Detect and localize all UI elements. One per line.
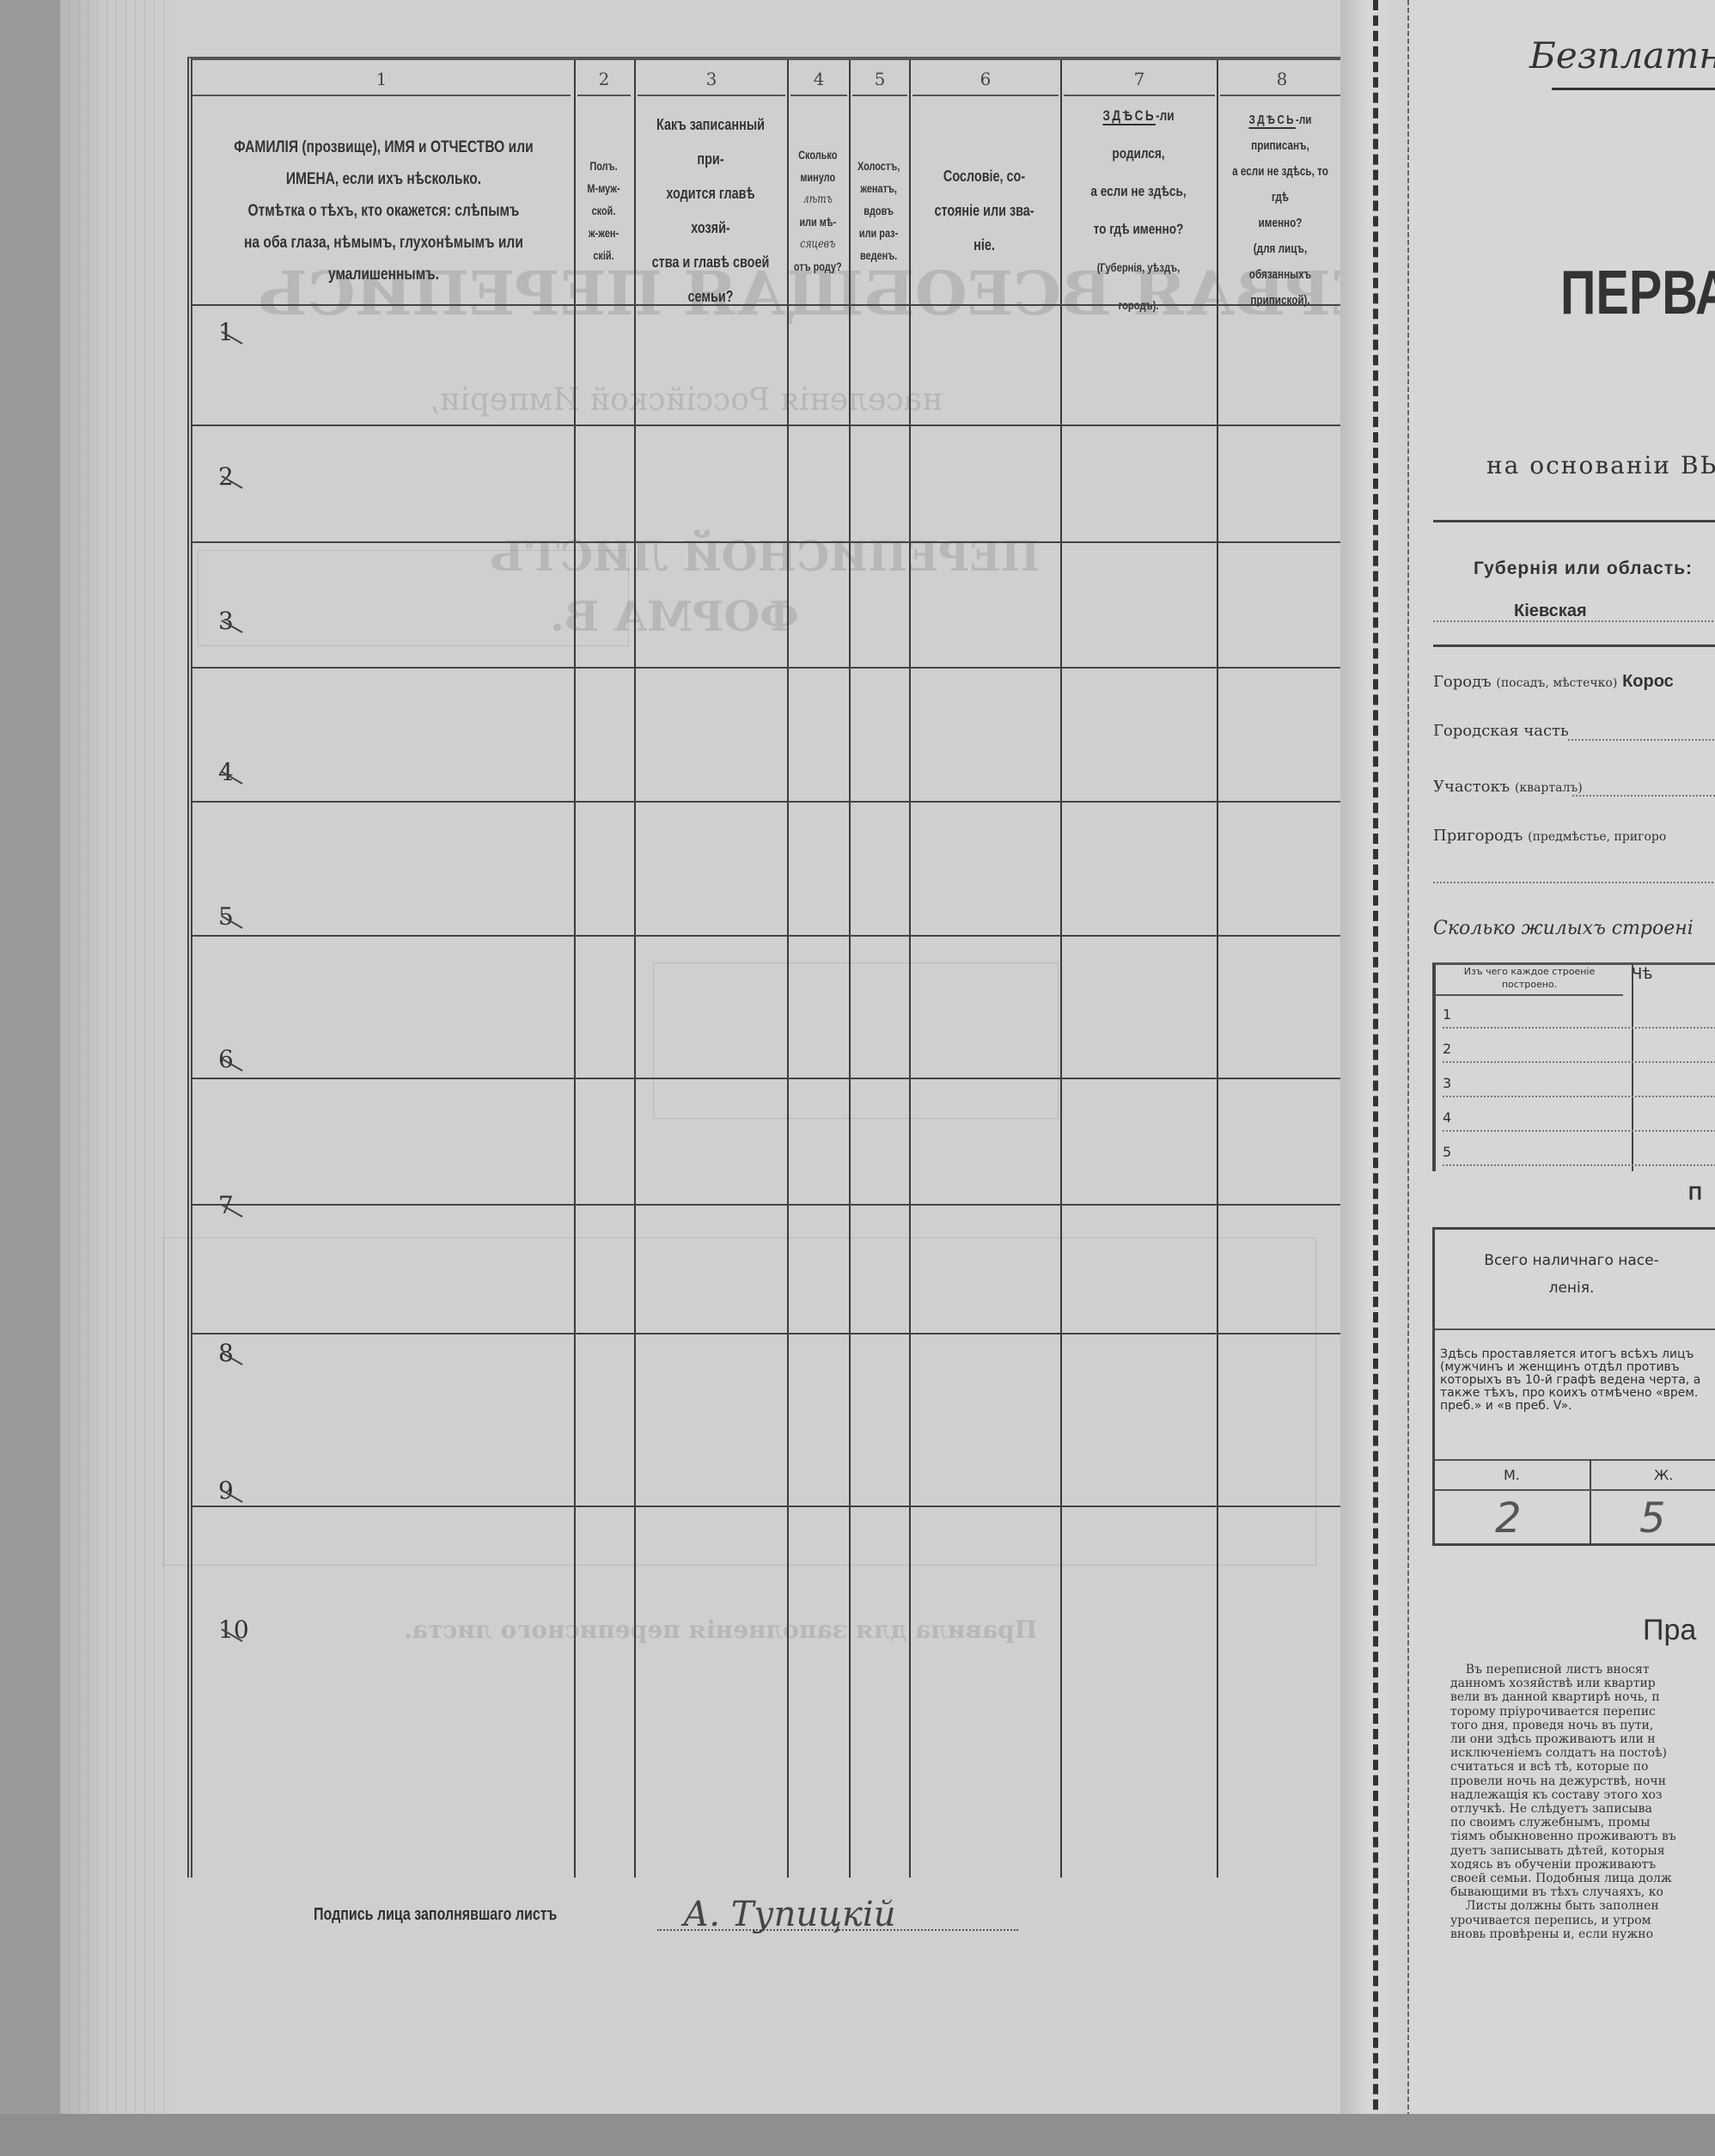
population-table: Всего наличнаго насе- ленія. Здѣсь прост… (1432, 1227, 1715, 1546)
population-note: Здѣсь проставляется итогъ всѣхъ лицъ (му… (1440, 1348, 1715, 1413)
province-value: Кіевская (1514, 602, 1587, 621)
column-number-row: 1 2 3 4 5 6 7 8 (192, 64, 1344, 98)
row-number: 1 (218, 318, 234, 346)
column-number-7: 7 (1064, 64, 1215, 96)
female-count: 5 (1639, 1494, 1666, 1542)
column-number-1: 1 (192, 64, 571, 96)
signature-value: А. Тупицкій (683, 1895, 895, 1934)
right-page: Безплатно. ПЕРВА на основаніи ВЫ Губерні… (1409, 0, 1715, 2156)
row-number: 4 (218, 758, 234, 786)
buildings-table: Изъ чего каждое строеніе построено. Чѣ 1… (1432, 962, 1715, 1171)
buildings-header-material: Изъ чего каждое строеніе построено. (1436, 965, 1623, 996)
header-sex: Полъ. М-муж- ской. ж-жен- скій. (574, 103, 634, 318)
rules-text: Въ переписной листъ вносят данномъ хозяй… (1450, 1663, 1715, 1941)
free-label: Безплатно. (1529, 34, 1715, 76)
province-label: Губернія или область: (1474, 559, 1693, 579)
buildings-header-col2: Чѣ (1632, 965, 1652, 983)
signature-label: Подпись лица заполнявшаго листъ (314, 1905, 557, 1925)
column-number-2: 2 (577, 64, 631, 96)
rules-title: Пра (1643, 1614, 1696, 1647)
header-birthplace: ЗДѢСЬ-ли родился, а если не здѣсь, то гд… (1060, 103, 1217, 318)
male-label: М. (1504, 1467, 1520, 1483)
row-number: 6 (218, 1045, 234, 1073)
row-number: 8 (218, 1339, 234, 1367)
suburb-field: Пригородъ (предмѣстье, пригоро (1433, 827, 1666, 845)
census-household-table: 1 2 3 4 5 6 7 8 ФАМИЛІЯ (прозвище), ИМЯ … (187, 57, 1344, 1878)
column-number-8: 8 (1220, 64, 1344, 96)
row-number: 2 (218, 462, 234, 491)
census-title: ПЕРВА (1560, 258, 1715, 328)
row-number: 9 (218, 1476, 234, 1505)
column-number-3: 3 (638, 64, 785, 96)
column-number-4: 4 (790, 64, 847, 96)
row-number: 3 (218, 607, 234, 635)
header-age: Сколько минуло лѣтъ или мѣ- сяцевъ отъ р… (787, 103, 849, 318)
scan-background (0, 2114, 1715, 2156)
buildings-question: Сколько жилыхъ строені (1433, 918, 1694, 939)
header-name: ФАМИЛІЯ (прозвище), ИМЯ и ОТЧЕСТВО или И… (192, 103, 574, 318)
signature-block: Подпись лица заполнявшаго листъ А. Тупиц… (314, 1895, 1087, 1938)
population-heading: П (1688, 1182, 1702, 1205)
header-relation: Какъ записанный при- ходится главѣ хозяй… (634, 103, 787, 318)
column-number-5: 5 (852, 64, 907, 96)
header-registration: ЗДѢСЬ-ли приписанъ, а если не здѣсь, то … (1217, 103, 1344, 318)
precinct-field: Участокъ (кварталъ) (1433, 778, 1583, 796)
header-estate: Сословіе, со- стояніе или зва- ніе. (909, 103, 1060, 318)
perforation-line (1373, 0, 1378, 2156)
female-label: Ж. (1654, 1467, 1673, 1483)
district-field: Городская часть (1433, 722, 1569, 740)
header-marital: Холостъ, женатъ, вдовъ или раз- веденъ. (849, 103, 909, 318)
column-number-6: 6 (912, 64, 1059, 96)
basis-line: на основаніи ВЫ (1486, 451, 1715, 479)
city-field: Городъ (посадъ, мѣстечко) Корос (1433, 672, 1674, 692)
row-number: 10 (218, 1615, 249, 1644)
male-count: 2 (1495, 1494, 1522, 1542)
row-number: 7 (218, 1191, 234, 1219)
population-title: Всего наличнаго насе- ленія. (1435, 1247, 1708, 1302)
row-number: 5 (218, 902, 234, 931)
